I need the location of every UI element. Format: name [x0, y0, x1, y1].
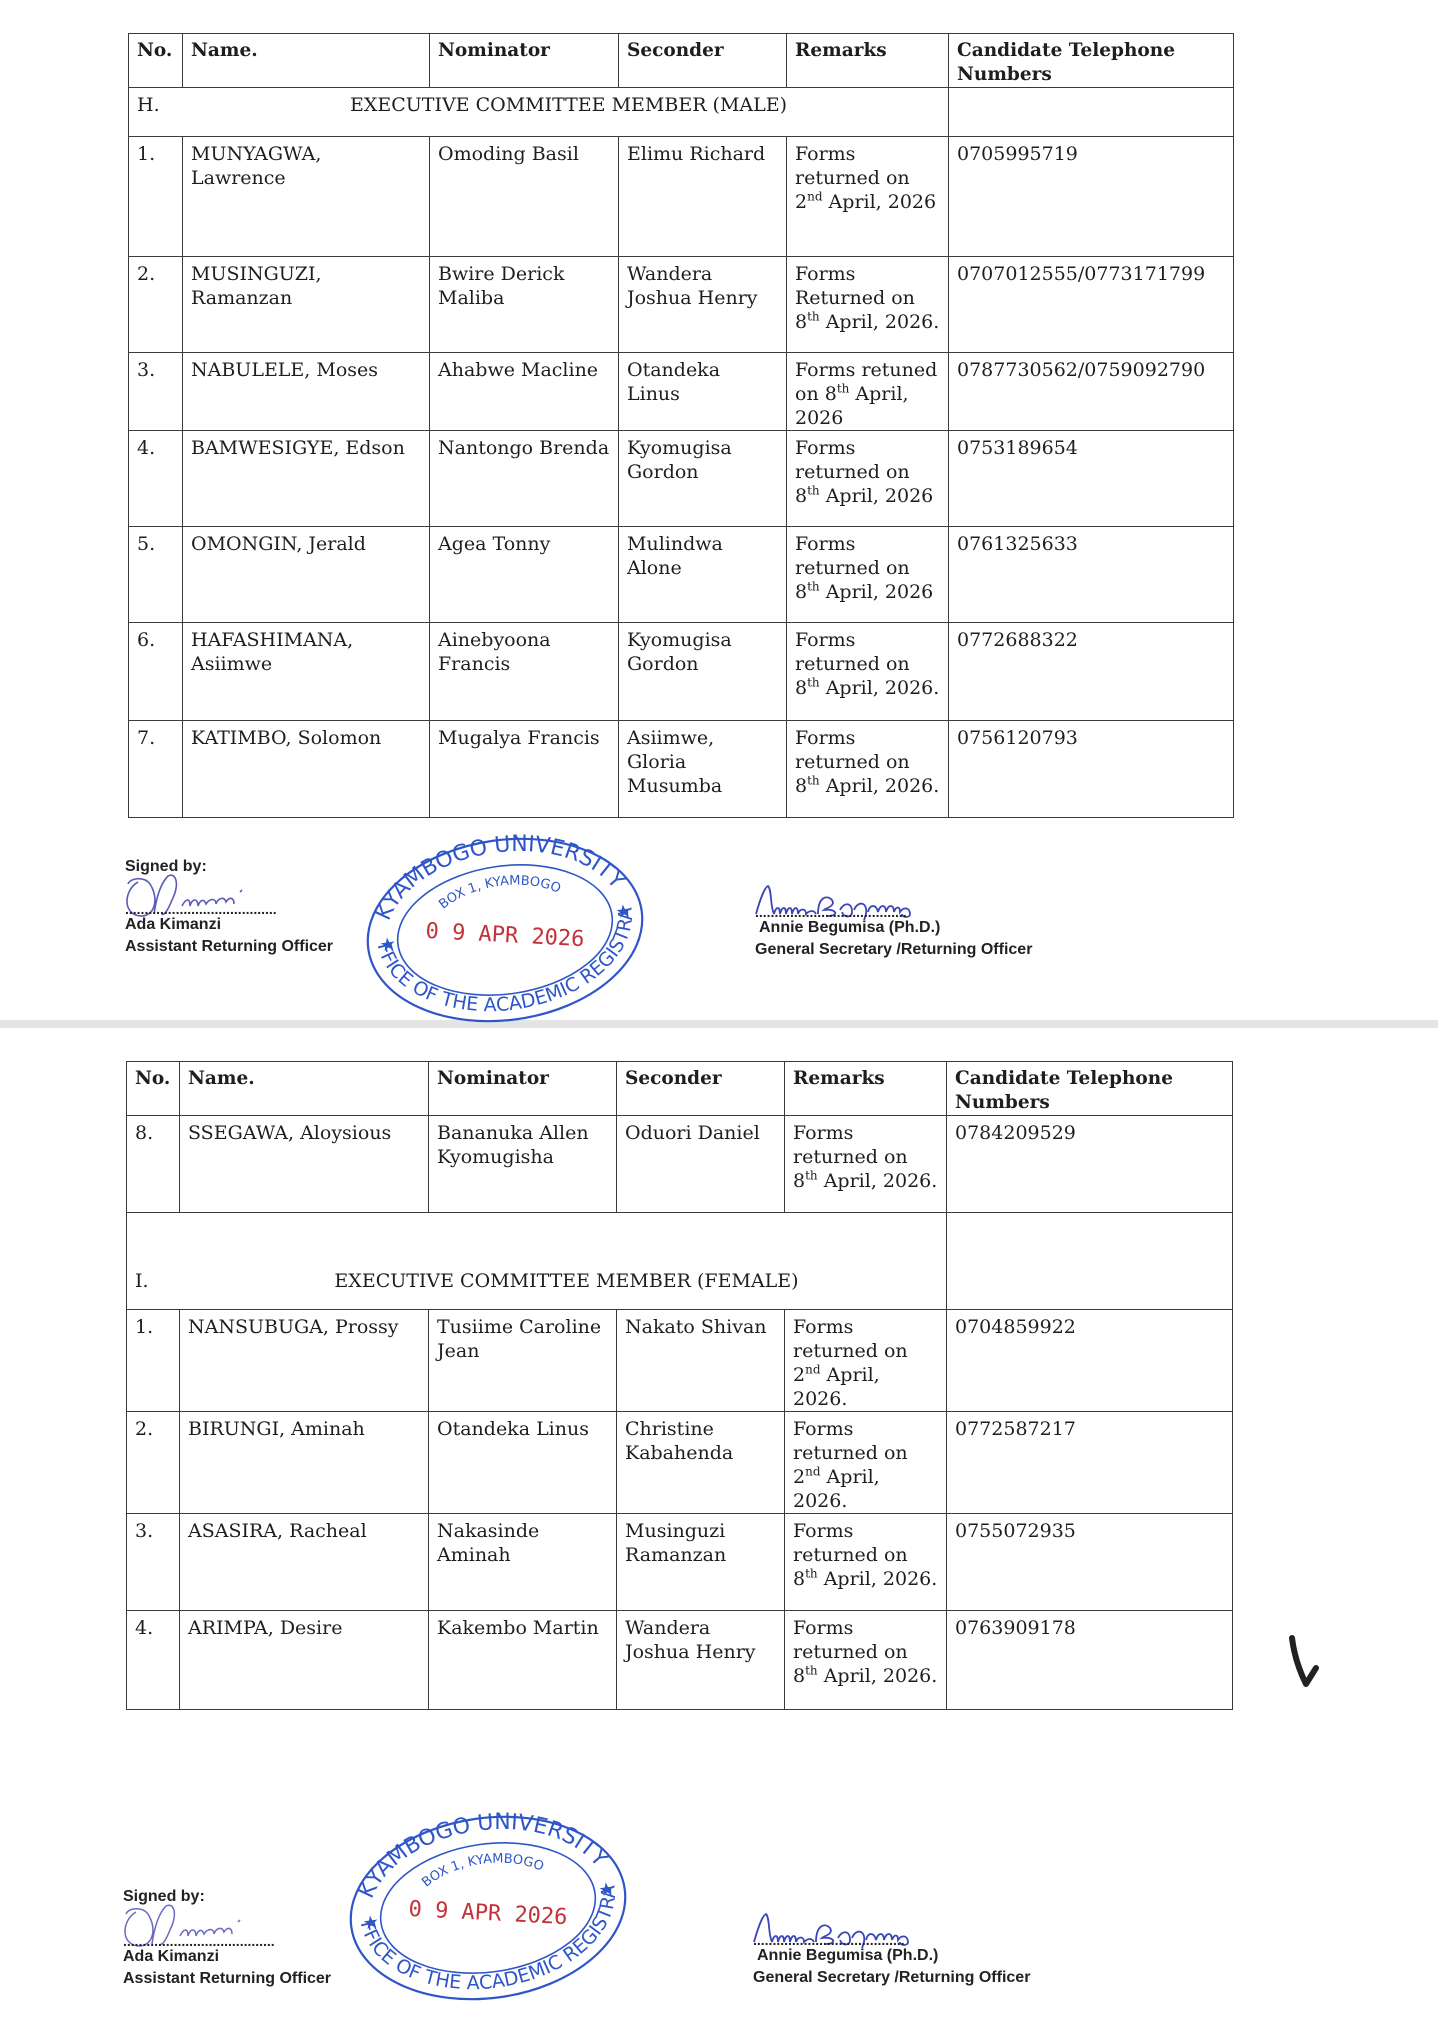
- col-header-name: Name.: [180, 1062, 429, 1116]
- svg-text:0 9 APR 2026: 0 9 APR 2026: [425, 919, 585, 952]
- signatory-left-details-page-2: ....................................... …: [123, 1936, 331, 1990]
- cell-seconder: Wandera Joshua Henry: [619, 257, 787, 353]
- col-header-remarks: Remarks: [787, 34, 949, 88]
- svg-text:0 9 APR 2026: 0 9 APR 2026: [408, 1897, 568, 1930]
- stamp-graphic: KYAMBOGO UNIVERSITYBOX 1, KYAMBOGOOFFICE…: [338, 1808, 638, 2008]
- svg-text:★: ★: [614, 900, 633, 923]
- table-header-row: No. Name. Nominator Seconder Remarks Can…: [129, 34, 1234, 88]
- cell-telephone: 0753189654: [949, 431, 1234, 527]
- col-header-telephone: Candidate Telephone Numbers: [947, 1062, 1233, 1116]
- cell-name: ASASIRA, Racheal: [180, 1514, 429, 1611]
- signature-line-left: .......................................: [123, 1936, 331, 1946]
- col-header-name: Name.: [183, 34, 430, 88]
- cell-no: 7.: [129, 721, 183, 818]
- svg-text:★: ★: [597, 1878, 616, 1901]
- cell-telephone: 0755072935: [947, 1514, 1233, 1611]
- nominations-table-page-2: No. Name. Nominator Seconder Remarks Can…: [126, 1061, 1233, 1710]
- checkmark-icon: [1284, 1632, 1324, 1694]
- cell-nominator: Mugalya Francis: [430, 721, 619, 818]
- cell-no: 5.: [129, 527, 183, 623]
- cell-nominator: Kakembo Martin: [429, 1611, 617, 1710]
- table-row: 4.BAMWESIGYE, EdsonNantongo BrendaKyomug…: [129, 431, 1234, 527]
- cell-remarks: Forms returned on 2nd April, 2026: [787, 137, 949, 257]
- table-row: 1.NANSUBUGA, ProssyTusiime Caroline Jean…: [127, 1310, 1233, 1412]
- cell-nominator: Nakasinde Aminah: [429, 1514, 617, 1611]
- svg-text:BOX 1, KYAMBOGO: BOX 1, KYAMBOGO: [434, 866, 565, 913]
- cell-telephone: 0784209529: [947, 1116, 1233, 1213]
- cell-name: NABULELE, Moses: [183, 353, 430, 431]
- col-header-seconder: Seconder: [619, 34, 787, 88]
- ordinal-suffix: th: [805, 1567, 818, 1581]
- cell-telephone: 0772688322: [949, 623, 1234, 721]
- cell-nominator: Ahabwe Macline: [430, 353, 619, 431]
- cell-telephone: 0763909178: [947, 1611, 1233, 1710]
- cell-no: 2.: [127, 1412, 180, 1514]
- col-header-no: No.: [127, 1062, 180, 1116]
- cell-no: 1.: [129, 137, 183, 257]
- cell-no: 3.: [129, 353, 183, 431]
- ordinal-suffix: th: [807, 774, 820, 788]
- cell-no: 2.: [129, 257, 183, 353]
- cell-remarks: Forms returned on 8th April, 2026: [787, 431, 949, 527]
- cell-seconder: Otandeka Linus: [619, 353, 787, 431]
- signatory-right-name: Annie Begumisa (Ph.D.): [753, 1945, 1030, 1967]
- cell-seconder: Christine Kabahenda: [617, 1412, 785, 1514]
- ordinal-suffix: nd: [805, 1363, 820, 1377]
- table-row: 4.ARIMPA, DesireKakembo MartinWandera Jo…: [127, 1611, 1233, 1710]
- cell-remarks: Forms returned on 8th April, 2026: [787, 527, 949, 623]
- ordinal-suffix: th: [807, 580, 820, 594]
- col-header-remarks: Remarks: [785, 1062, 947, 1116]
- cell-name: HAFASHIMANA, Asiimwe: [183, 623, 430, 721]
- page-separator: [0, 1020, 1438, 1028]
- signatory-right-name: Annie Begumisa (Ph.D.): [755, 917, 1032, 939]
- col-header-nominator: Nominator: [430, 34, 619, 88]
- cell-name: MUSINGUZI, Ramanzan: [183, 257, 430, 353]
- section-letter: I.: [135, 1269, 149, 1293]
- col-header-nominator: Nominator: [429, 1062, 617, 1116]
- cell-telephone: 0704859922: [947, 1310, 1233, 1412]
- table-row: 2.MUSINGUZI, RamanzanBwire Derick Maliba…: [129, 257, 1234, 353]
- cell-seconder: Mulindwa Alone: [619, 527, 787, 623]
- cell-seconder: Elimu Richard: [619, 137, 787, 257]
- cell-telephone: 0761325633: [949, 527, 1234, 623]
- cell-name: MUNYAGWA, Lawrence: [183, 137, 430, 257]
- signatory-right-title: General Secretary /Returning Officer: [753, 1967, 1030, 1989]
- cell-telephone: 0756120793: [949, 721, 1234, 818]
- signatory-left-title: Assistant Returning Officer: [123, 1968, 331, 1990]
- ordinal-suffix: th: [805, 1664, 818, 1678]
- cell-seconder: Asiimwe, Gloria Musumba: [619, 721, 787, 818]
- signatory-left-details: ....................................... …: [125, 904, 333, 958]
- signatory-right-details-page-2: ....................................... …: [753, 1935, 1030, 1989]
- table-row: 5.OMONGIN, JeraldAgea TonnyMulindwa Alon…: [129, 527, 1234, 623]
- cell-remarks: Forms returned on 8th April, 2026.: [785, 1116, 947, 1213]
- signatory-left-name: Ada Kimanzi: [123, 1946, 331, 1968]
- table-row: 3.ASASIRA, RachealNakasinde AminahMusing…: [127, 1514, 1233, 1611]
- svg-text:★: ★: [362, 1911, 381, 1934]
- cell-remarks: Forms retuned on 8th April, 2026: [787, 353, 949, 431]
- cell-no: 4.: [127, 1611, 180, 1710]
- section-phone-cell: [949, 88, 1234, 137]
- cell-remarks: Forms Returned on 8th April, 2026.: [787, 257, 949, 353]
- cell-name: BIRUNGI, Aminah: [180, 1412, 429, 1514]
- col-header-telephone: Candidate Telephone Numbers: [949, 34, 1234, 88]
- university-stamp-page-2: KYAMBOGO UNIVERSITYBOX 1, KYAMBOGOOFFICE…: [338, 1808, 638, 2012]
- ordinal-suffix: th: [807, 676, 820, 690]
- ordinal-suffix: th: [807, 310, 820, 324]
- cell-name: SSEGAWA, Aloysious: [180, 1116, 429, 1213]
- table-row: 7.KATIMBO, SolomonMugalya FrancisAsiimwe…: [129, 721, 1234, 818]
- cell-no: 6.: [129, 623, 183, 721]
- table-row: 8.SSEGAWA, AloysiousBananuka Allen Kyomu…: [127, 1116, 1233, 1213]
- cell-seconder: Oduori Daniel: [617, 1116, 785, 1213]
- cell-seconder: Wandera Joshua Henry: [617, 1611, 785, 1710]
- cell-remarks: Forms returned on 8th April, 2026.: [785, 1514, 947, 1611]
- section-title: EXECUTIVE COMMITTEE MEMBER (FEMALE): [135, 1269, 938, 1293]
- cell-nominator: Ainebyoona Francis: [430, 623, 619, 721]
- section-letter: H.: [137, 93, 160, 117]
- signature-line-right: .......................................: [755, 907, 1032, 917]
- svg-text:★: ★: [379, 933, 398, 956]
- table-header-row: No. Name. Nominator Seconder Remarks Can…: [127, 1062, 1233, 1116]
- cell-name: BAMWESIGYE, Edson: [183, 431, 430, 527]
- col-header-no: No.: [129, 34, 183, 88]
- signatory-left-title: Assistant Returning Officer: [125, 936, 333, 958]
- cell-no: 1.: [127, 1310, 180, 1412]
- cell-telephone: 0707012555/0773171799: [949, 257, 1234, 353]
- cell-nominator: Omoding Basil: [430, 137, 619, 257]
- cell-telephone: 0705995719: [949, 137, 1234, 257]
- cell-telephone: 0772587217: [947, 1412, 1233, 1514]
- signatory-left-name: Ada Kimanzi: [125, 914, 333, 936]
- cell-nominator: Agea Tonny: [430, 527, 619, 623]
- cell-remarks: Forms returned on 2nd April, 2026.: [785, 1412, 947, 1514]
- cell-remarks: Forms returned on 8th April, 2026.: [785, 1611, 947, 1710]
- signatory-right-details: ....................................... …: [755, 907, 1032, 961]
- section-phone-cell: [947, 1213, 1233, 1310]
- ordinal-suffix: th: [837, 382, 850, 396]
- cell-remarks: Forms returned on 2nd April, 2026.: [785, 1310, 947, 1412]
- table-row: 2.BIRUNGI, AminahOtandeka LinusChristine…: [127, 1412, 1233, 1514]
- cell-no: 8.: [127, 1116, 180, 1213]
- stamp-graphic: KYAMBOGO UNIVERSITYBOX 1, KYAMBOGOOFFICE…: [355, 830, 655, 1030]
- signature-line-right: .......................................: [753, 1935, 1030, 1945]
- table-row: 1.MUNYAGWA, LawrenceOmoding BasilElimu R…: [129, 137, 1234, 257]
- section-heading: I. EXECUTIVE COMMITTEE MEMBER (FEMALE): [127, 1213, 947, 1310]
- signature-line-left: .......................................: [125, 904, 333, 914]
- ordinal-suffix: nd: [807, 190, 822, 204]
- cell-name: OMONGIN, Jerald: [183, 527, 430, 623]
- section-title: EXECUTIVE COMMITTEE MEMBER (MALE): [137, 93, 940, 117]
- table-row: 3.NABULELE, MosesAhabwe MaclineOtandeka …: [129, 353, 1234, 431]
- cell-no: 3.: [127, 1514, 180, 1611]
- cell-name: ARIMPA, Desire: [180, 1611, 429, 1710]
- cell-nominator: Nantongo Brenda: [430, 431, 619, 527]
- signatory-right-title: General Secretary /Returning Officer: [755, 939, 1032, 961]
- section-row-female: I. EXECUTIVE COMMITTEE MEMBER (FEMALE): [127, 1213, 1233, 1310]
- ordinal-suffix: nd: [805, 1465, 820, 1479]
- ordinal-suffix: th: [807, 484, 820, 498]
- section-heading: H. EXECUTIVE COMMITTEE MEMBER (MALE): [129, 88, 949, 137]
- cell-seconder: Kyomugisa Gordon: [619, 623, 787, 721]
- cell-nominator: Otandeka Linus: [429, 1412, 617, 1514]
- cell-nominator: Bananuka Allen Kyomugisha: [429, 1116, 617, 1213]
- cell-seconder: Nakato Shivan: [617, 1310, 785, 1412]
- col-header-seconder: Seconder: [617, 1062, 785, 1116]
- cell-name: KATIMBO, Solomon: [183, 721, 430, 818]
- university-stamp-page-1: KYAMBOGO UNIVERSITYBOX 1, KYAMBOGOOFFICE…: [355, 830, 655, 1034]
- table-row: 6.HAFASHIMANA, AsiimweAinebyoona Francis…: [129, 623, 1234, 721]
- section-row-male: H. EXECUTIVE COMMITTEE MEMBER (MALE): [129, 88, 1234, 137]
- ordinal-suffix: th: [805, 1169, 818, 1183]
- cell-nominator: Bwire Derick Maliba: [430, 257, 619, 353]
- nominations-table-page-1: No. Name. Nominator Seconder Remarks Can…: [128, 33, 1234, 818]
- cell-nominator: Tusiime Caroline Jean: [429, 1310, 617, 1412]
- cell-seconder: Musinguzi Ramanzan: [617, 1514, 785, 1611]
- cell-remarks: Forms returned on 8th April, 2026.: [787, 721, 949, 818]
- svg-text:BOX 1, KYAMBOGO: BOX 1, KYAMBOGO: [417, 1844, 548, 1891]
- cell-telephone: 0787730562/0759092790: [949, 353, 1234, 431]
- cell-remarks: Forms returned on 8th April, 2026.: [787, 623, 949, 721]
- cell-seconder: Kyomugisa Gordon: [619, 431, 787, 527]
- cell-no: 4.: [129, 431, 183, 527]
- cell-name: NANSUBUGA, Prossy: [180, 1310, 429, 1412]
